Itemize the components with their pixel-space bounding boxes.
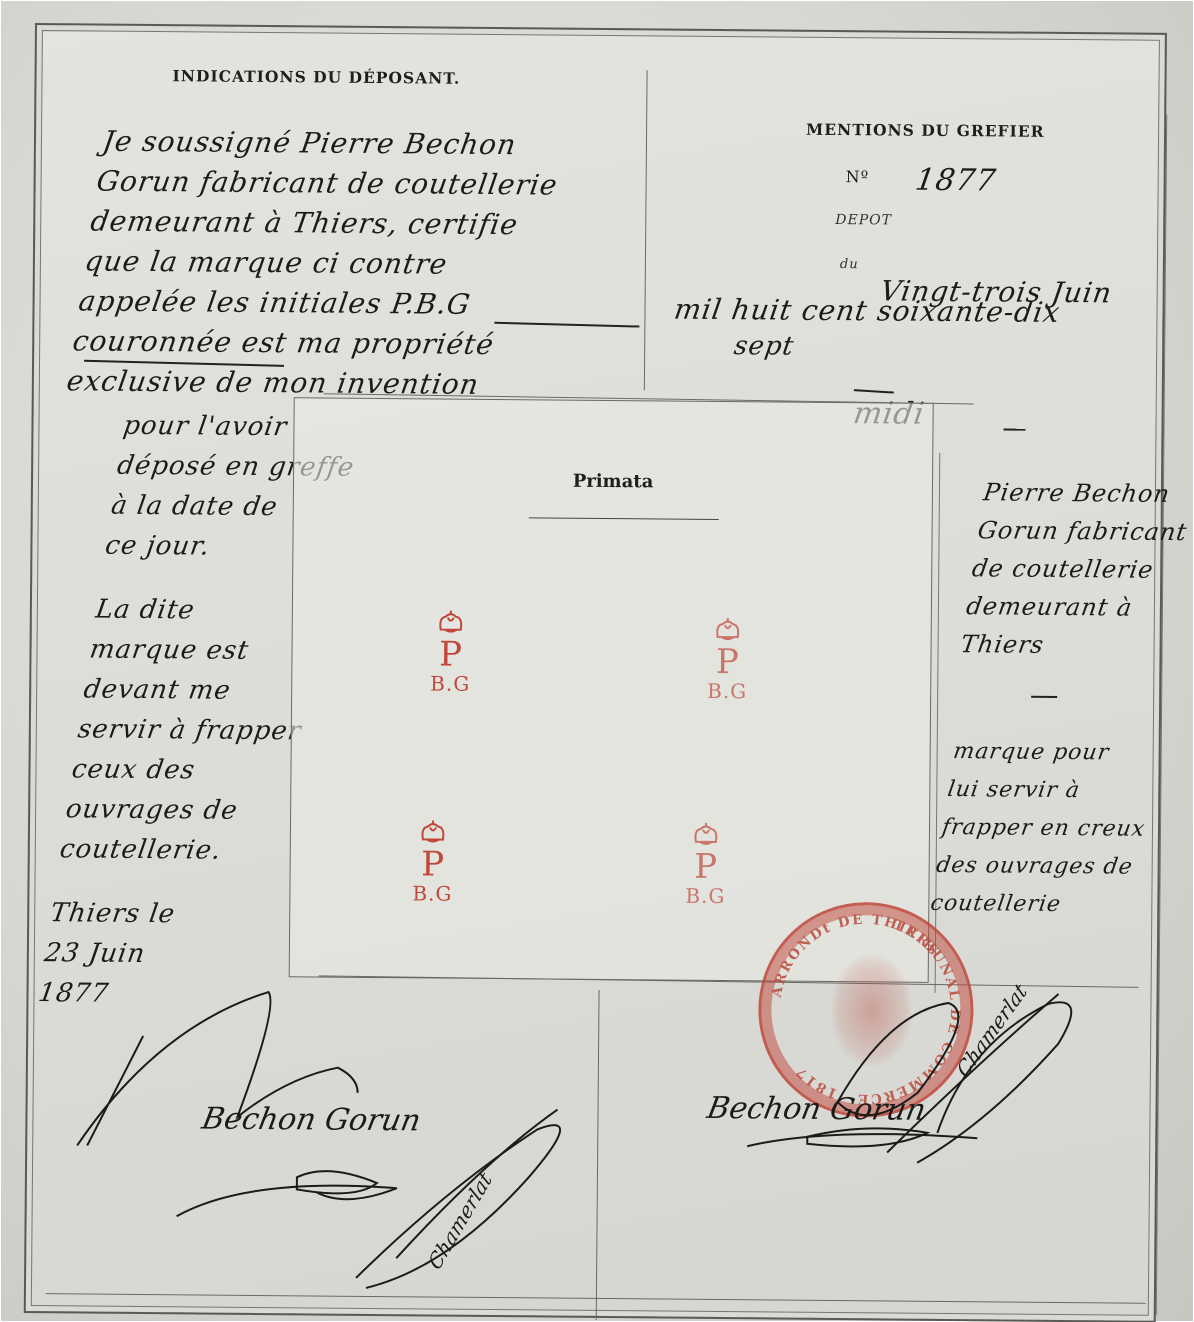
number-label: Nº — [846, 167, 870, 186]
crown-icon — [418, 819, 448, 847]
purpose-line: des ouvrages de — [934, 847, 1143, 887]
depositor-signature-right: Bechon Gorun — [704, 1091, 928, 1128]
depositor-signature-left: Bechon Gorun — [199, 1102, 423, 1139]
registration-number: 1877 — [913, 163, 999, 199]
declaration-line: que la marque ci contre — [82, 241, 549, 285]
purpose-line: frapper en creux — [939, 809, 1148, 849]
right-border-rule — [1156, 115, 1167, 1315]
usage-line: coutellerie. — [57, 829, 300, 871]
usage-line: servir à frapper — [75, 709, 318, 751]
title-rule — [529, 517, 719, 520]
crown-icon — [436, 610, 466, 638]
declaration-line: demeurant à Thiers, certifie — [88, 202, 555, 246]
declaration-line: couronnée est ma propriété — [70, 321, 537, 365]
trademark-stamp: P B.G — [697, 617, 758, 704]
usage-line: devant me — [81, 669, 324, 711]
document-photo: INDICATIONS DU DÉPOSANT. MENTIONS DU GRE… — [0, 0, 1194, 1322]
deposit-date-year: mil huit cent soixante-dix — [672, 293, 1063, 329]
clerk-header: MENTIONS DU GREFIER — [806, 120, 1045, 141]
trademark-stamp: P B.G — [420, 609, 481, 696]
depositor-detail-line: de coutellerie — [969, 549, 1184, 589]
trademark-stamp: P B.G — [675, 822, 736, 909]
place-date-line: Thiers le — [48, 893, 291, 935]
clerk-depositor-details: Pierre Bechon Gorun fabricant de coutell… — [958, 473, 1194, 665]
depot-label: DEPOT — [835, 212, 892, 228]
depositor-detail-line: Pierre Bechon — [981, 473, 1194, 513]
trademark-specimen-box: Primata P B.G P B.G P B.G P B.G — [289, 397, 934, 983]
trademark-stamp: P B.G — [402, 819, 463, 906]
registration-form: INDICATIONS DU DÉPOSANT. MENTIONS DU GRE… — [24, 23, 1167, 1322]
right-signature-flourishes — [687, 931, 1129, 1195]
declaration-line: Je soussigné Pierre Bechon — [100, 122, 567, 166]
depositor-detail-line: Gorun fabricant — [975, 511, 1190, 551]
purpose-line: lui servir à — [945, 771, 1154, 811]
separator-dash — [1031, 696, 1057, 698]
depositor-header: INDICATIONS DU DÉPOSANT. — [172, 66, 460, 88]
crown-icon — [691, 822, 721, 850]
clerk-purpose-details: marque pour lui servir à frapper en creu… — [928, 733, 1159, 925]
declaration-line: appelée les initiales P.B.G — [76, 281, 543, 325]
usage-line: ceux des — [69, 749, 312, 791]
purpose-line: marque pour — [951, 733, 1160, 773]
column-divider — [644, 70, 648, 390]
usage-line: ouvrages de — [63, 789, 306, 831]
declaration-line: Gorun fabricant de coutellerie — [94, 162, 561, 206]
deposit-date-year-end: sept — [732, 331, 796, 361]
depositor-detail-line: demeurant à — [964, 587, 1179, 627]
crown-icon — [713, 617, 743, 645]
midi-overline — [854, 389, 894, 393]
separator-dash — [1003, 428, 1025, 430]
depositor-detail-line: Thiers — [958, 625, 1173, 665]
specimen-title: Primata — [294, 468, 932, 495]
du-label: du — [840, 257, 859, 272]
